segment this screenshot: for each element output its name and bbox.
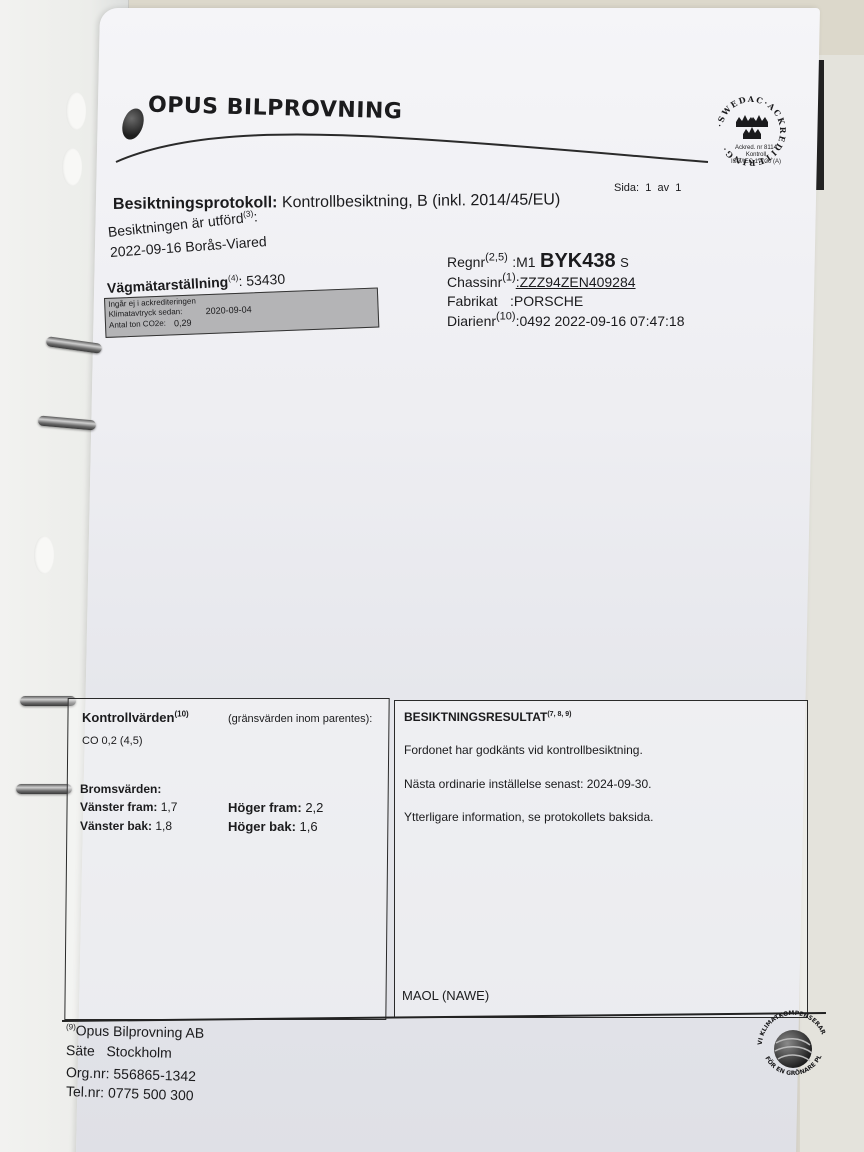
punch-hole [62,148,82,186]
brake-values-title: Bromsvärden: [80,782,161,796]
odometer-value: : 53430 [238,271,285,289]
footnote-ref: (2,5) [485,252,508,264]
climate-since-value: 2020-09-04 [205,304,251,316]
climate-since-label: Klimatavtryck sedan: [108,307,182,320]
inspector-signature: MAOL (NAWE) [402,988,489,1003]
accreditation-scope: Kontroll [726,152,786,159]
control-values-title-text: Kontrollvärden [82,710,174,725]
footnote-ref: (10) [496,311,516,323]
co2-label: Antal ton CO2e: [109,319,166,331]
brake-value: 1,6 [300,819,318,834]
footer-seat: Säte Stockholm [66,1042,172,1061]
page-separator: av [657,182,669,194]
registration-number: BYK438 [540,250,616,272]
vehicle-category: :M1 [512,254,535,270]
footnote-ref: (10) [174,710,188,719]
brake-right-rear: Höger bak: 1,6 [228,819,318,834]
company-name: Opus Bilprovning AB [76,1022,205,1041]
make-label: Fabrikat [447,293,498,309]
result-title-text: BESIKTNINGSRESULTAT [404,710,547,724]
accreditation-note: Ackred. nr 8114 Kontroll ISO/IEC 17020 (… [726,145,786,166]
binder-ring [16,784,72,794]
chassis-number: :ZZZ94ZEN409284 [516,274,636,290]
control-values-title: Kontrollvärden(10) [82,710,189,725]
page-label: Sida: [614,182,639,194]
registration-suffix: S [620,255,629,270]
footer-company: (9)Opus Bilprovning AB [66,1022,204,1041]
climate-compensation-badge-icon: VI KLIMATKOMPENSERAR FÖR EN GRÖNARE PLAN… [752,1005,834,1087]
accreditation-number: Ackred. nr 8114 [726,145,786,152]
regnr-label: Regnr [447,254,485,270]
brake-value: 1,7 [161,800,178,814]
footnote-ref: (4) [228,272,239,283]
brake-value: 1,8 [155,819,172,833]
accreditation-standard: ISO/IEC 17020 (A) [726,159,786,166]
footnote-ref: (7, 8, 9) [547,711,571,718]
limits-note: (gränsvärden inom parentes): [228,713,372,725]
punch-hole [34,536,54,574]
co2-value: 0,29 [174,318,192,329]
seat-value: Stockholm [106,1043,172,1061]
page-total: 1 [675,182,681,194]
footnote-ref: (9) [66,1022,76,1031]
brake-left-rear: Vänster bak: 1,8 [80,819,172,833]
page-current: 1 [645,182,651,194]
page-indicator: Sida: 1 av 1 [614,182,681,194]
seat-label: Säte [66,1042,95,1059]
header-swoosh-line [112,118,712,178]
chassis-label: Chassinr [447,274,502,290]
result-approved: Fordonet har godkänts vid kontrollbesikt… [404,743,643,757]
brake-label: Vänster fram: [80,800,157,814]
registration-row: Regnr(2,5) :M1 BYK438 S [447,250,629,273]
title-value: Kontrollbesiktning, B (inkl. 2014/45/EU) [282,191,561,211]
make-row: Fabrikat :PORSCHE [447,293,583,311]
result-more-info: Ytterligare information, se protokollets… [404,810,653,824]
brake-right-front: Höger fram: 2,2 [228,800,323,815]
vehicle-make: :PORSCHE [510,293,583,309]
chassis-row: Chassinr(1):ZZZ94ZEN409284 [447,274,636,292]
diary-row: Diarienr(10):0492 2022-09-16 07:47:18 [447,313,685,331]
brake-label: Höger bak: [228,819,296,834]
brake-label: Vänster bak: [80,819,152,833]
punch-hole [66,92,86,130]
brake-value: 2,2 [305,800,323,815]
diary-label: Diarienr [447,313,496,329]
footnote-ref: (1) [502,272,515,284]
result-title: BESIKTNINGSRESULTAT(7, 8, 9) [404,710,571,724]
brake-label: Höger fram: [228,800,302,815]
diary-number: :0492 2022-09-16 07:47:18 [516,313,685,329]
brake-left-front: Vänster fram: 1,7 [80,800,177,814]
result-next-inspection: Nästa ordinarie inställelse senast: 2024… [404,777,651,791]
co-value: CO 0,2 (4,5) [82,735,143,747]
